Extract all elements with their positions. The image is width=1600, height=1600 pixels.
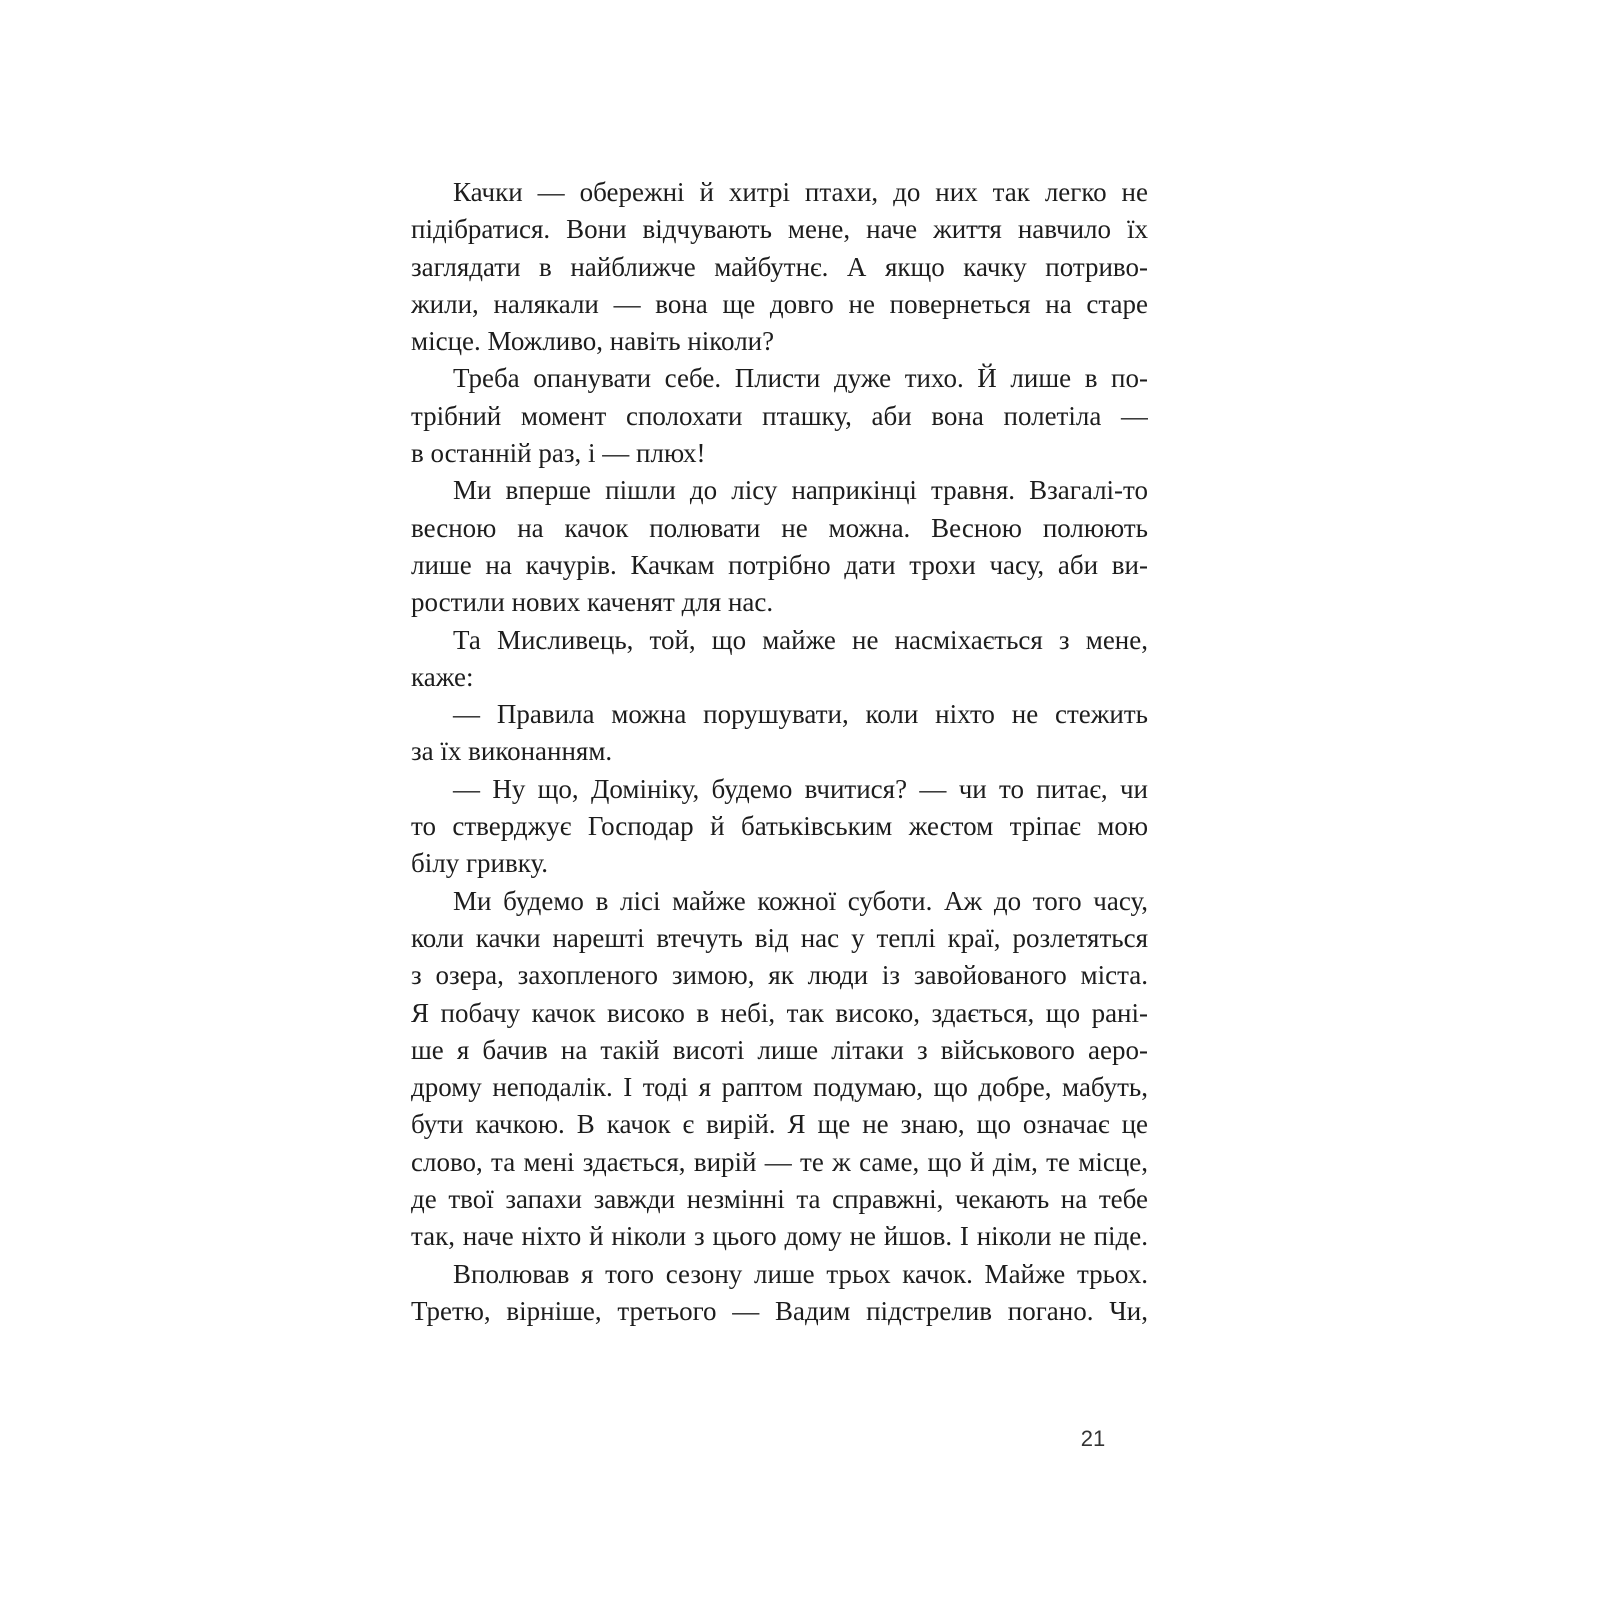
page-number: 21 xyxy=(1078,1426,1108,1452)
text-line: в останній раз, і — плюх! xyxy=(411,435,1148,472)
text-line: де твої запахи завжди незмінні та справж… xyxy=(411,1181,1148,1218)
text-line: місце. Можливо, навіть ніколи? xyxy=(411,323,1148,360)
text-line: Та Мисливець, той, що майже не насміхаєт… xyxy=(411,622,1148,659)
text-line: весною на качок полювати не можна. Весно… xyxy=(411,510,1148,547)
text-line: ростили нових каченят для нас. xyxy=(411,584,1148,621)
text-line: заглядати в найближче майбутнє. А якщо к… xyxy=(411,249,1148,286)
text-line: білу гривку. xyxy=(411,845,1148,882)
text-line: — Правила можна порушувати, коли ніхто н… xyxy=(411,696,1148,733)
text-line: так, наче ніхто й ніколи з цього дому не… xyxy=(411,1218,1148,1255)
text-line: каже: xyxy=(411,659,1148,696)
text-line: дрому неподалік. І тоді я раптом подумаю… xyxy=(411,1069,1148,1106)
text-line: Качки — обережні й хитрі птахи, до них т… xyxy=(411,174,1148,211)
text-line: слово, та мені здається, вирій — те ж са… xyxy=(411,1144,1148,1181)
text-line: коли качки нарешті втечуть від нас у теп… xyxy=(411,920,1148,957)
text-line: то стверджує Господар й батьківським жес… xyxy=(411,808,1148,845)
text-line: Треба опанувати себе. Плисти дуже тихо. … xyxy=(411,360,1148,397)
text-line: трібний момент сполохати пташку, аби вон… xyxy=(411,398,1148,435)
text-line: бути качкою. В качок є вирій. Я ще не зн… xyxy=(411,1106,1148,1143)
text-line: за їх виконанням. xyxy=(411,733,1148,770)
text-line: підібратися. Вони відчувають мене, наче … xyxy=(411,211,1148,248)
text-line: Ми вперше пішли до лісу наприкінці травн… xyxy=(411,472,1148,509)
text-line: ше я бачив на такій висоті лише літаки з… xyxy=(411,1032,1148,1069)
text-line: жили, налякали — вона ще довго не поверн… xyxy=(411,286,1148,323)
text-line: Я побачу качок високо в небі, так високо… xyxy=(411,995,1148,1032)
book-page-text: Качки — обережні й хитрі птахи, до них т… xyxy=(411,174,1148,1330)
text-line: лише на качурів. Качкам потрібно дати тр… xyxy=(411,547,1148,584)
text-line: — Ну що, Домініку, будемо вчитися? — чи … xyxy=(411,771,1148,808)
text-line: Третю, вірніше, третього — Вадим підстре… xyxy=(411,1293,1148,1330)
text-line: Вполював я того сезону лише трьох качок.… xyxy=(411,1256,1148,1293)
text-line: з озера, захопленого зимою, як люди із з… xyxy=(411,957,1148,994)
text-line: Ми будемо в лісі майже кожної суботи. Аж… xyxy=(411,883,1148,920)
